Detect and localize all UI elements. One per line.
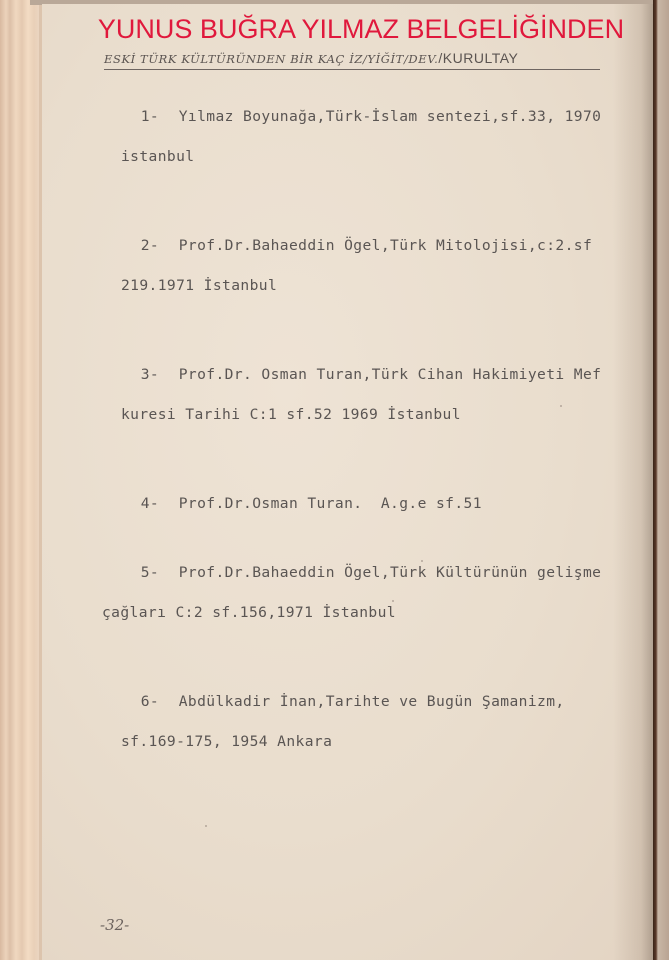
reference-line1: Prof.Dr.Bahaeddin Ögel,Türk Mitolojisi,c… [179,237,592,254]
paper-speck [392,600,394,602]
reference-item: 1-Yılmaz Boyunağa,Türk-İslam sentezi,sf.… [104,87,594,207]
paper-speck [560,405,562,407]
reference-number: 6- [141,692,179,712]
reference-line2: çağları C:2 sf.156,1971 İstanbul [102,603,594,623]
reference-line1: Prof.Dr.Bahaeddin Ögel,Türk Kültürünün g… [179,564,602,581]
paper-speck [205,825,207,827]
reference-list: 1-Yılmaz Boyunağa,Türk-İslam sentezi,sf.… [104,87,594,801]
subtitle-italic: ESKİ TÜRK KÜLTÜRÜNDEN BİR KAÇ İZ/YİĞİT/D… [104,52,438,66]
page-subtitle: ESKİ TÜRK KÜLTÜRÜNDEN BİR KAÇ İZ/YİĞİT/D… [104,50,600,70]
reference-item: 2-Prof.Dr.Bahaeddin Ögel,Türk Mitolojisi… [104,216,594,336]
reference-item: 4-Prof.Dr.Osman Turan. A.g.e sf.51 [104,474,594,534]
reference-number: 2- [141,236,179,256]
reference-item: 3-Prof.Dr. Osman Turan,Türk Cihan Hakimi… [104,345,594,465]
page-number: -32- [100,916,129,934]
reference-line1: Prof.Dr.Osman Turan. A.g.e sf.51 [179,495,482,512]
reference-line1: Prof.Dr. Osman Turan,Türk Cihan Hakimiye… [179,366,602,383]
reference-number: 5- [141,563,179,583]
reference-item: 5-Prof.Dr.Bahaeddin Ögel,Türk Kültürünün… [104,543,594,663]
book-cover-edge [653,0,669,960]
reference-item: 6-Abdülkadir İnan,Tarihte ve Bugün Şaman… [104,672,594,792]
reference-line1: Yılmaz Boyunağa,Türk-İslam sentezi,sf.33… [179,108,602,125]
reference-number: 3- [141,365,179,385]
reference-number: 4- [141,494,179,514]
reference-line2: sf.169-175, 1954 Ankara [104,732,594,752]
paper-speck [421,560,423,562]
reference-line2: kuresi Tarihi C:1 sf.52 1969 İstanbul [104,405,594,425]
reference-number: 1- [141,107,179,127]
reference-line1: Abdülkadir İnan,Tarihte ve Bugün Şamaniz… [179,693,565,710]
reference-line2: istanbul [104,147,594,167]
watermark-title: YUNUS BUĞRA YILMAZ BELGELİĞİNDEN [96,14,626,45]
page-stack-binding [0,0,42,960]
subtitle-upright: /KURULTAY [438,50,518,66]
reference-line2: 219.1971 İstanbul [104,276,594,296]
